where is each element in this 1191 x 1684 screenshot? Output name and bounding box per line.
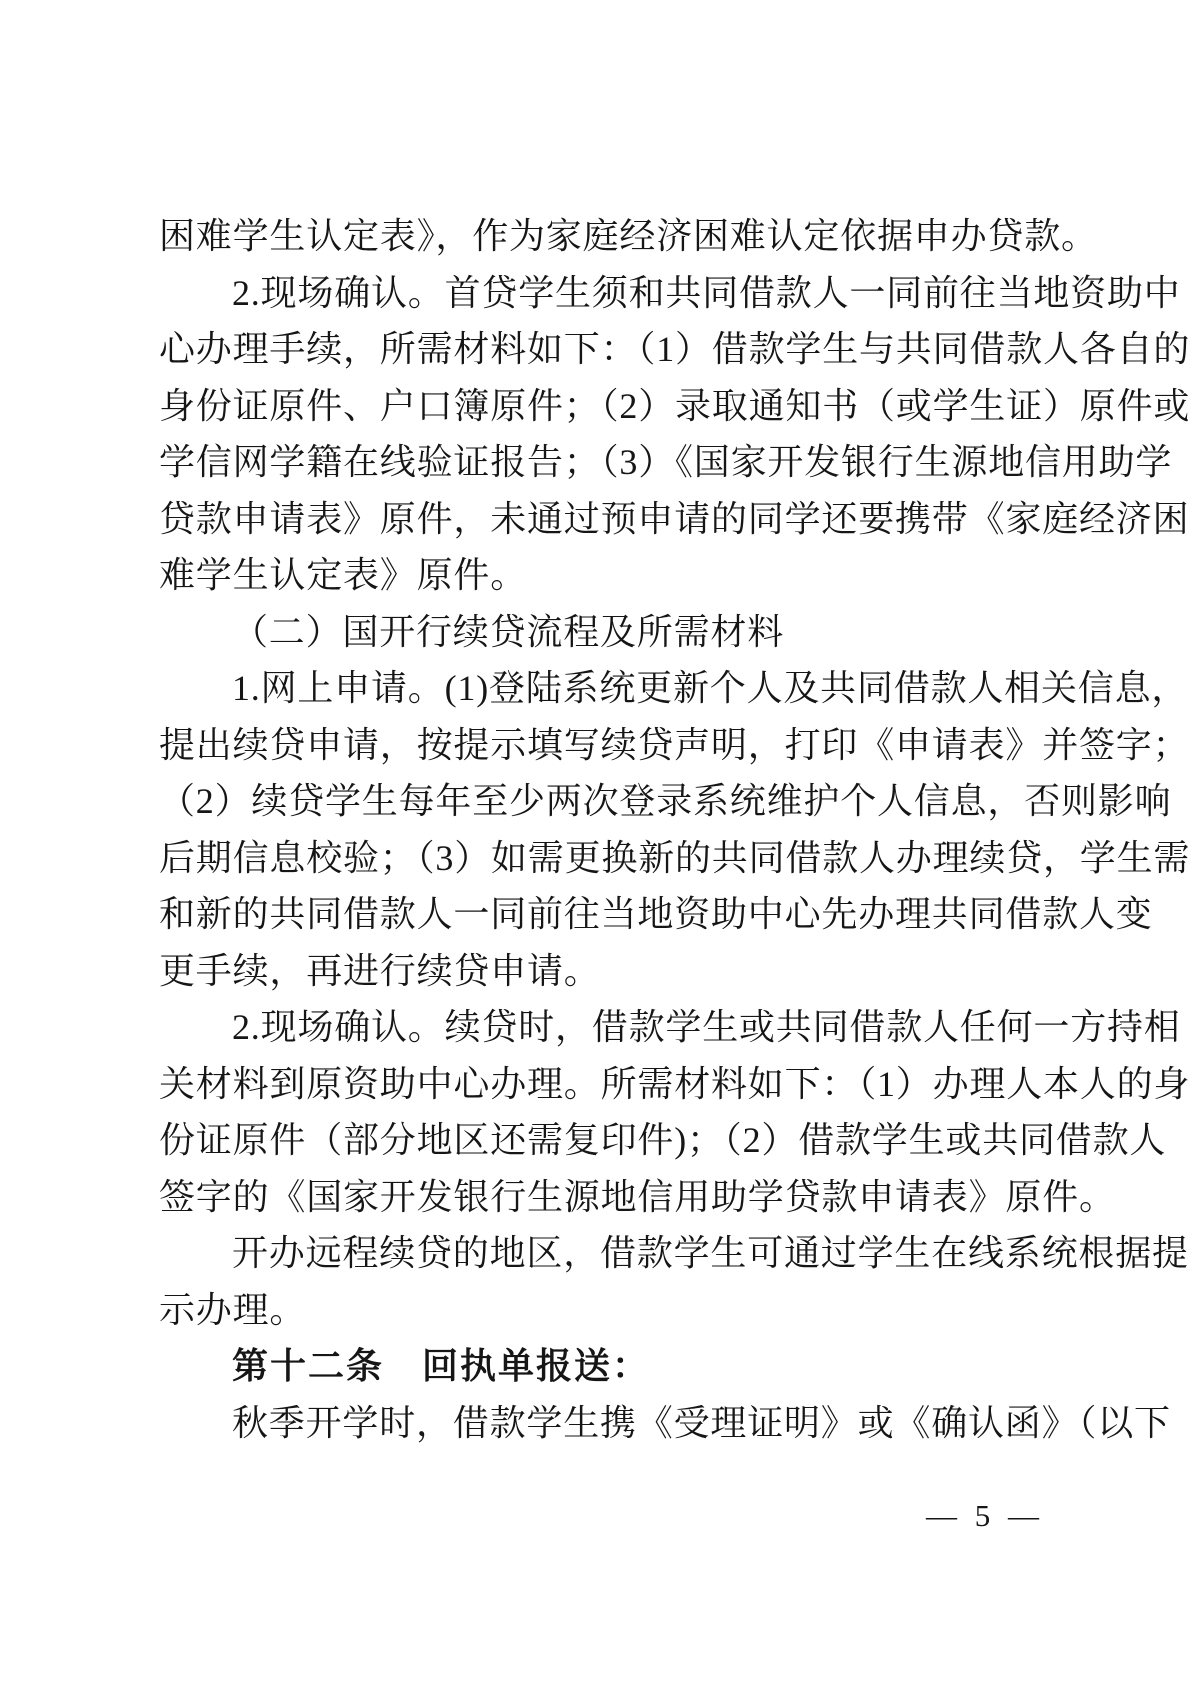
text-line: 2.现场确认。首贷学生须和共同借款人一同前往当地资助中 (159, 265, 1044, 322)
text-line: 身份证原件、户口簿原件；（2）录取通知书（或学生证）原件或 (159, 378, 1044, 435)
text-line: 1.网上申请。(1)登陆系统更新个人及共同借款人相关信息， (159, 660, 1044, 717)
article-heading-line: 第十二条 回执单报送： (159, 1338, 1044, 1395)
document-body: 困难学生认定表》，作为家庭经济困难认定依据申办贷款。 2.现场确认。首贷学生须和… (159, 208, 1044, 1451)
text-line: 困难学生认定表》，作为家庭经济困难认定依据申办贷款。 (159, 208, 1044, 265)
text-line: （2）续贷学生每年至少两次登录系统维护个人信息，否则影响 (159, 773, 1044, 830)
section-heading-line: （二）国开行续贷流程及所需材料 (159, 604, 1044, 661)
document-page: 困难学生认定表》，作为家庭经济困难认定依据申办贷款。 2.现场确认。首贷学生须和… (0, 0, 1191, 1684)
text-line: 更手续，再进行续贷申请。 (159, 943, 1044, 1000)
text-line: 贷款申请表》原件，未通过预申请的同学还要携带《家庭经济困 (159, 491, 1044, 548)
text-line: 开办远程续贷的地区，借款学生可通过学生在线系统根据提 (159, 1225, 1044, 1282)
page-number: — 5 — (926, 1498, 1044, 1534)
text-line: 心办理手续，所需材料如下：（1）借款学生与共同借款人各自的 (159, 321, 1044, 378)
text-line: 关材料到原资助中心办理。所需材料如下：（1）办理人本人的身 (159, 1056, 1044, 1113)
text-line: 和新的共同借款人一同前往当地资助中心先办理共同借款人变 (159, 886, 1044, 943)
text-line: 后期信息校验；（3）如需更换新的共同借款人办理续贷，学生需 (159, 830, 1044, 887)
text-line: 份证原件（部分地区还需复印件)；（2）借款学生或共同借款人 (159, 1112, 1044, 1169)
text-line: 秋季开学时，借款学生携《受理证明》或《确认函》（以下 (159, 1395, 1044, 1452)
text-line: 2.现场确认。续贷时，借款学生或共同借款人任何一方持相 (159, 999, 1044, 1056)
text-line: 示办理。 (159, 1282, 1044, 1339)
text-line: 难学生认定表》原件。 (159, 547, 1044, 604)
text-line: 学信网学籍在线验证报告；（3）《国家开发银行生源地信用助学 (159, 434, 1044, 491)
text-line: 签字的《国家开发银行生源地信用助学贷款申请表》原件。 (159, 1169, 1044, 1226)
text-line: 提出续贷申请，按提示填写续贷声明，打印《申请表》并签字； (159, 717, 1044, 774)
